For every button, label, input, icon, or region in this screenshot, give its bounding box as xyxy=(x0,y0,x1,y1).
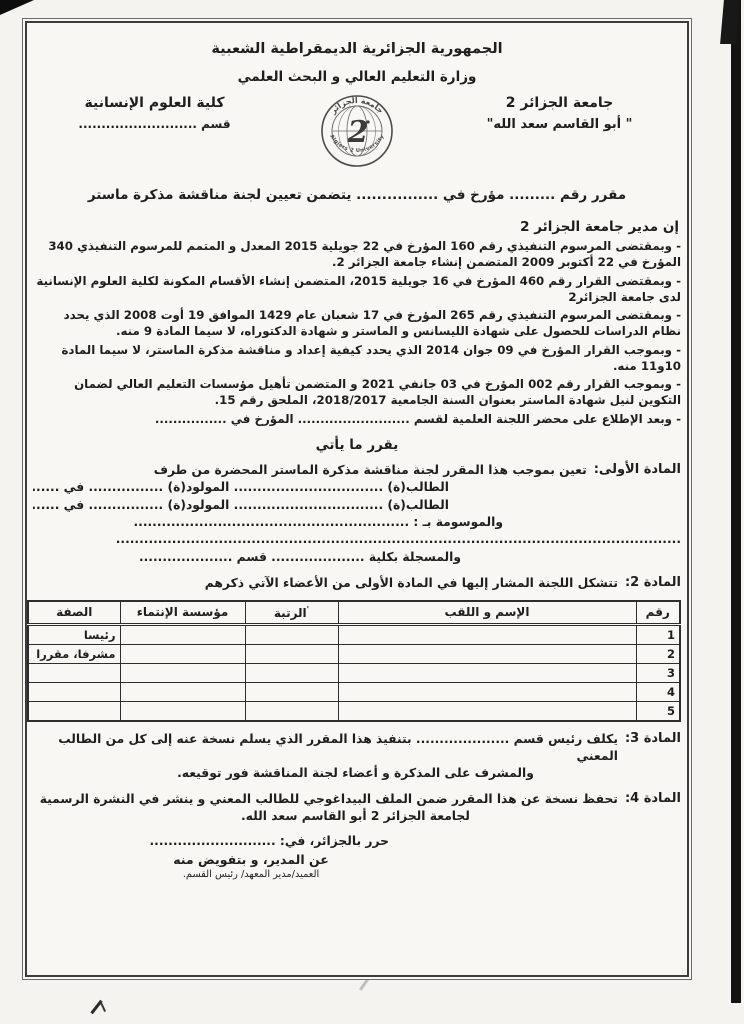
thesis-title-dots: ........................................… xyxy=(33,531,681,548)
cell-institution xyxy=(120,644,245,663)
cell-number: 1 xyxy=(636,624,680,644)
article-1-label: المادة الأولى: xyxy=(594,462,681,477)
table-row: 2 مشرفا، مقررا xyxy=(28,644,680,663)
header-rank-label: الرتبة xyxy=(274,606,307,620)
scan-smudge xyxy=(100,1002,106,1012)
table-row: 4 xyxy=(28,682,680,701)
article-2: المادة 2: تتشكل اللجنة المشار إليها في ا… xyxy=(33,575,681,592)
header-number: رقم xyxy=(636,601,680,625)
table-row: 3 xyxy=(28,663,680,682)
cell-role xyxy=(28,701,120,721)
cell-institution xyxy=(120,624,245,644)
cell-rank xyxy=(245,624,338,644)
cell-rank xyxy=(245,663,338,682)
document-body: الجمهورية الجزائرية الديمقراطية الشعبية … xyxy=(25,21,689,977)
article-2-text: تتشكل اللجنة المشار إليها في المادة الأو… xyxy=(33,575,618,592)
cell-name xyxy=(338,624,636,644)
consideration-2: - وبمقتضى القرار رقم 460 المؤرخ في 16 جو… xyxy=(33,273,681,306)
rank-annotation-mark: ' xyxy=(307,605,309,614)
cell-institution xyxy=(120,701,245,721)
article-3-line2: والمشرف على المذكرة و أعضاء لجنة المناقش… xyxy=(33,765,618,782)
header-institution: مؤسسة الإنتماء xyxy=(120,601,245,625)
table-header-row: رقم الإسم و اللقب 'الرتبة مؤسسة الإنتماء… xyxy=(28,601,680,625)
closing-place-date: حرر بالجزائر، في: ......................… xyxy=(33,834,681,848)
cell-role: رئيسا xyxy=(28,624,120,644)
university-logo: 2 جامعة الجزائر Algiers 2 University xyxy=(314,91,400,171)
considerations-list: - وبمقتضى المرسوم التنفيذي رقم 160 المؤر… xyxy=(33,238,681,427)
scan-edge-bar xyxy=(731,0,741,1003)
cell-number: 5 xyxy=(636,701,680,721)
consideration-4: - وبموجب القرار المؤرخ في 09 جوان 2014 ا… xyxy=(33,342,681,375)
republic-title: الجمهورية الجزائرية الديمقراطية الشعبية xyxy=(33,41,681,57)
cell-name xyxy=(338,682,636,701)
cell-number: 2 xyxy=(636,644,680,663)
cell-rank xyxy=(245,682,338,701)
faculty-block: كلية العلوم الإنسانية قسم ..............… xyxy=(47,95,262,131)
consideration-5-bold-date: 03 جانفي 2021 xyxy=(362,377,457,391)
cell-role xyxy=(28,663,120,682)
scanned-decree-page: { "header": { "republic": "الجمهورية الج… xyxy=(0,0,744,1024)
signature-authority: عن المدير، و بتفويض منه xyxy=(101,852,401,867)
registration-line: والمسجلة بكلية .................... قسم … xyxy=(33,549,681,566)
article-1: المادة الأولى: تعين بموجب هذا المقرر لجن… xyxy=(33,462,681,479)
cell-role: مشرفا، مقررا xyxy=(28,644,120,663)
consideration-5: - وبموجب القرار رقم 002 المؤرخ في 03 جان… xyxy=(33,376,681,409)
cell-name xyxy=(338,644,636,663)
consideration-5-text: - وبموجب القرار رقم xyxy=(553,377,681,391)
cell-role xyxy=(28,682,120,701)
cell-rank xyxy=(245,701,338,721)
department-line: قسم .......................... xyxy=(47,117,262,131)
cell-rank xyxy=(245,644,338,663)
article-4-line2: لجامعة الجزائر 2 أبو القاسم سعد الله. xyxy=(33,808,618,825)
faculty-name: كلية العلوم الإنسانية xyxy=(47,95,262,111)
scan-corner-mark xyxy=(0,0,34,15)
cell-name xyxy=(338,701,636,721)
consideration-3: - وبمقتضى المرسوم التنفيذي رقم 265 المؤر… xyxy=(33,307,681,340)
thesis-title-line: والموسومة بـ : .........................… xyxy=(33,514,681,531)
cell-institution xyxy=(120,663,245,682)
article-3: المادة 3: يكلف رئيس قسم ................… xyxy=(33,731,681,783)
consideration-5-text: المؤرخ في xyxy=(457,377,528,391)
consideration-1: - وبمقتضى المرسوم التنفيذي رقم 160 المؤر… xyxy=(33,238,681,271)
article-4-line1: تحفظ نسخة عن هذا المقرر ضمن الملف البيدا… xyxy=(33,791,618,808)
letterhead-row: جامعة الجزائر 2 " أبو القاسم سعد الله" 2 xyxy=(33,95,681,171)
university-eponym: " أبو القاسم سعد الله" xyxy=(452,117,667,132)
header-name-surname: الإسم و اللقب xyxy=(338,601,636,625)
cell-number: 4 xyxy=(636,682,680,701)
article-1-intro: تعين بموجب هذا المقرر لجنة مناقشة مذكرة … xyxy=(33,462,587,479)
consideration-5-bold-number: 002 xyxy=(528,377,553,391)
decree-title: مقرر رقم ......... مؤرخ في .............… xyxy=(33,187,681,203)
article-4: المادة 4: تحفظ نسخة عن هذا المقرر ضمن ال… xyxy=(33,791,681,825)
signature-block: عن المدير، و بتفويض منه العميد/مدير المع… xyxy=(101,852,401,880)
signature-roles: العميد/مدير المعهد/ رئيس القسم. xyxy=(101,869,401,880)
article-4-label: المادة 4: xyxy=(625,791,681,806)
consideration-6: - وبعد الإطلاع على محضر اللجنة العلمية ل… xyxy=(33,411,681,427)
cell-institution xyxy=(120,682,245,701)
article-4-text: تحفظ نسخة عن هذا المقرر ضمن الملف البيدا… xyxy=(33,791,618,825)
header-rank: 'الرتبة xyxy=(245,601,338,625)
authority-line: إن مدير جامعة الجزائر 2 xyxy=(33,219,681,235)
decree-heading: يقرر ما يأتي xyxy=(33,437,681,453)
table-row: 1 رئيسا xyxy=(28,624,680,644)
student-line-1: الطالب(ة) ..............................… xyxy=(33,479,681,496)
student-line-2: الطالب(ة) ..............................… xyxy=(33,497,681,514)
article-3-line1: يكلف رئيس قسم .................... بتنفي… xyxy=(33,731,618,765)
cell-number: 3 xyxy=(636,663,680,682)
header-role: الصفة xyxy=(28,601,120,625)
university-name: جامعة الجزائر 2 xyxy=(452,95,667,111)
article-3-label: المادة 3: xyxy=(625,731,681,746)
university-block: جامعة الجزائر 2 " أبو القاسم سعد الله" xyxy=(452,95,667,132)
article-2-label: المادة 2: xyxy=(625,575,681,590)
table-row: 5 xyxy=(28,701,680,721)
ministry-title: وزارة التعليم العالي و البحث العلمي xyxy=(33,69,681,85)
cell-name xyxy=(338,663,636,682)
document-frame: الجمهورية الجزائرية الديمقراطية الشعبية … xyxy=(22,18,692,980)
committee-table: رقم الإسم و اللقب 'الرتبة مؤسسة الإنتماء… xyxy=(27,600,681,722)
svg-text:2: 2 xyxy=(347,115,369,150)
article-3-text: يكلف رئيس قسم .................... بتنفي… xyxy=(33,731,618,783)
